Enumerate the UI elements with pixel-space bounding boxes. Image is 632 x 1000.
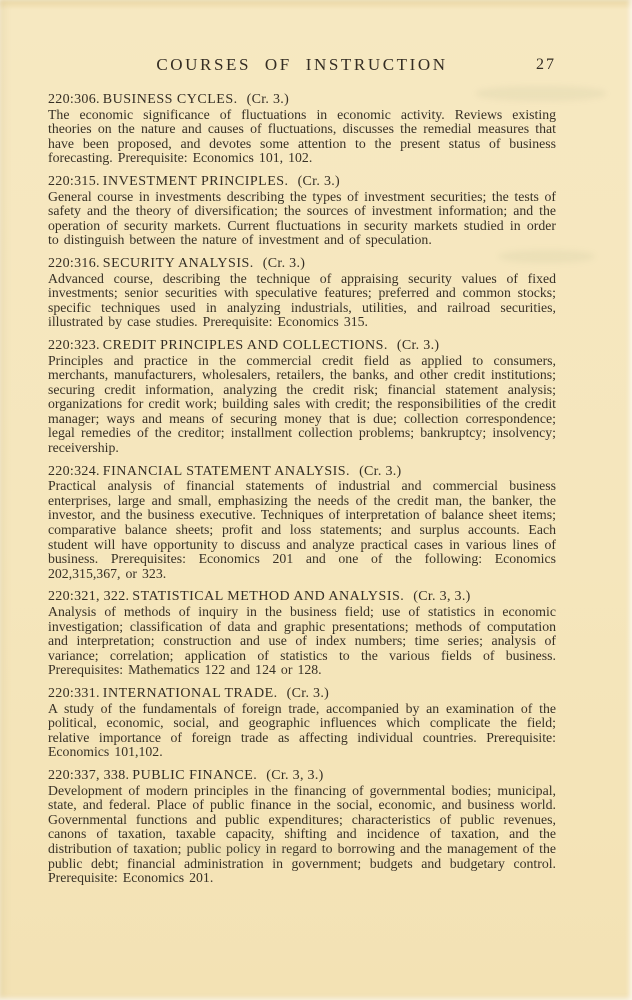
course-description: The economic significance of fluctuation… [48, 108, 556, 166]
course-code: 220:306. [48, 92, 100, 107]
course-code: 220:316. [48, 256, 100, 271]
course-title: FINANCIAL STATEMENT ANALYSIS. [103, 464, 350, 479]
course-entry: 220:323.CREDIT PRINCIPLES AND COLLECTION… [48, 339, 556, 456]
course-code: 220:315. [48, 174, 100, 189]
course-title: BUSINESS CYCLES. [103, 92, 238, 107]
course-credits: (Cr. 3.) [263, 256, 305, 271]
course-code: 220:331. [48, 686, 100, 701]
course-heading: 220:337, 338.PUBLIC FINANCE.(Cr. 3, 3.) [48, 769, 556, 784]
course-entry: 220:306.BUSINESS CYCLES.(Cr. 3.) The eco… [48, 93, 556, 166]
course-description: Practical analysis of financial statemen… [48, 479, 556, 581]
course-entry: 220:321, 322.STATISTICAL METHOD AND ANAL… [48, 590, 556, 678]
course-heading: 220:323.CREDIT PRINCIPLES AND COLLECTION… [48, 339, 556, 354]
course-title: SECURITY ANALYSIS. [103, 256, 254, 271]
course-title: PUBLIC FINANCE. [132, 768, 257, 783]
course-description: Principles and practice in the commercia… [48, 354, 556, 456]
course-description: Development of modern principles in the … [48, 784, 556, 886]
course-description: General course in investments describing… [48, 190, 556, 248]
page-number: 27 [48, 56, 556, 74]
course-entry: 220:337, 338.PUBLIC FINANCE.(Cr. 3, 3.) … [48, 769, 556, 886]
course-code: 220:337, 338. [48, 768, 129, 783]
course-heading: 220:316.SECURITY ANALYSIS.(Cr. 3.) [48, 257, 556, 272]
course-credits: (Cr. 3.) [247, 92, 289, 107]
scanned-catalog-page: COURSES OF INSTRUCTION 27 220:306.BUSINE… [0, 0, 632, 1000]
course-heading: 220:315.INVESTMENT PRINCIPLES.(Cr. 3.) [48, 175, 556, 190]
course-code: 220:323. [48, 338, 100, 353]
course-title: INVESTMENT PRINCIPLES. [103, 174, 289, 189]
course-entry: 220:316.SECURITY ANALYSIS.(Cr. 3.) Advan… [48, 257, 556, 330]
course-entry: 220:315.INVESTMENT PRINCIPLES.(Cr. 3.) G… [48, 175, 556, 248]
course-description: Analysis of methods of inquiry in the bu… [48, 605, 556, 678]
course-credits: (Cr. 3.) [397, 338, 439, 353]
course-credits: (Cr. 3.) [298, 174, 340, 189]
course-credits: (Cr. 3.) [287, 686, 329, 701]
course-credits: (Cr. 3, 3.) [266, 768, 323, 783]
course-entry: 220:331.INTERNATIONAL TRADE.(Cr. 3.) A s… [48, 687, 556, 760]
course-heading: 220:331.INTERNATIONAL TRADE.(Cr. 3.) [48, 687, 556, 702]
course-code: 220:324. [48, 464, 100, 479]
course-heading: 220:321, 322.STATISTICAL METHOD AND ANAL… [48, 590, 556, 605]
course-title: INTERNATIONAL TRADE. [103, 686, 278, 701]
course-description: A study of the fundamentals of foreign t… [48, 702, 556, 760]
course-heading: 220:324.FINANCIAL STATEMENT ANALYSIS.(Cr… [48, 465, 556, 480]
course-heading: 220:306.BUSINESS CYCLES.(Cr. 3.) [48, 93, 556, 108]
course-entry: 220:324.FINANCIAL STATEMENT ANALYSIS.(Cr… [48, 465, 556, 582]
course-code: 220:321, 322. [48, 589, 129, 604]
course-list: 220:306.BUSINESS CYCLES.(Cr. 3.) The eco… [48, 93, 556, 895]
course-title: STATISTICAL METHOD AND ANALYSIS. [132, 589, 404, 604]
course-description: Advanced course, describing the techniqu… [48, 272, 556, 330]
course-title: CREDIT PRINCIPLES AND COLLECTIONS. [103, 338, 388, 353]
course-credits: (Cr. 3, 3.) [413, 589, 470, 604]
course-credits: (Cr. 3.) [359, 464, 401, 479]
